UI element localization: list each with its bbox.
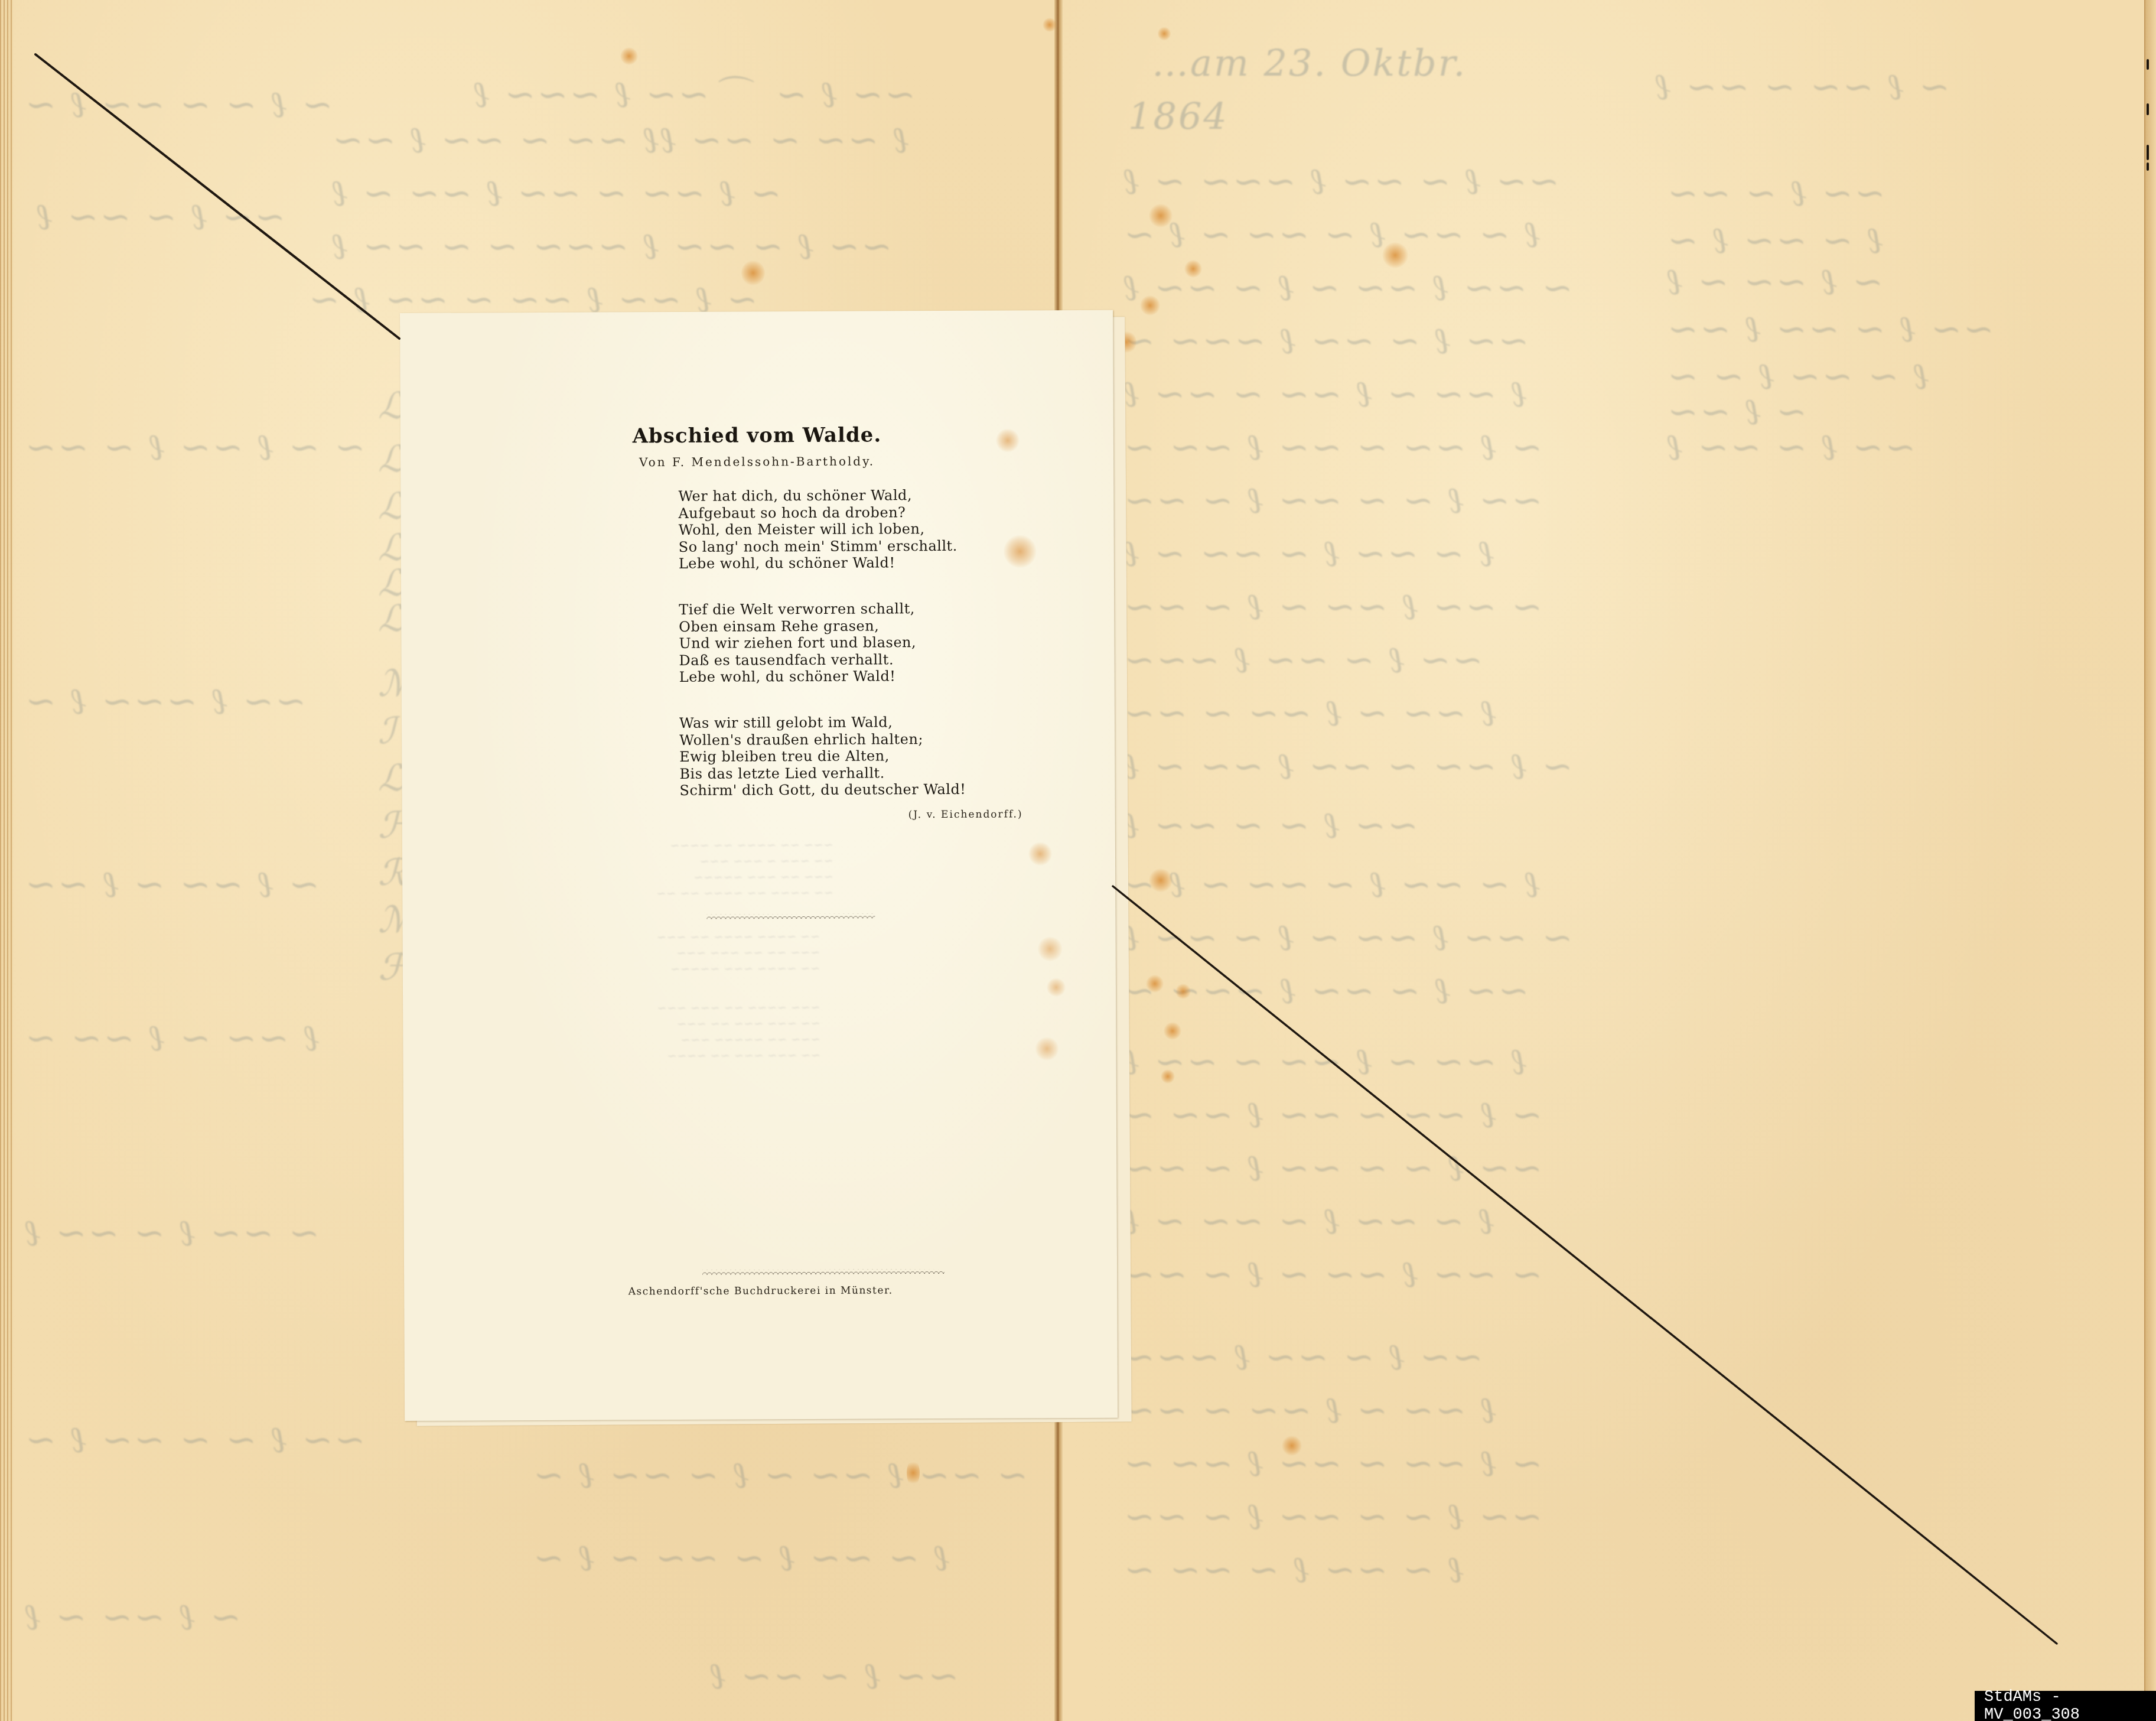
handwritten-line: ~~ ℓ ~ ~ ~~ ℓ ~ ~~: [1122, 1146, 1542, 1190]
ink-mark: [2147, 59, 2149, 70]
reverse-print-bleed: ~~~ ~~~~ ~~ ~~~ ~~~~~ ~~~ ~~~ ~~ ~~~~~~ …: [657, 1000, 820, 1064]
handwritten-line: ~ ℓ ~~ ~ ℓ: [1666, 260, 1883, 304]
stain: [1161, 1069, 1175, 1084]
stain: [620, 47, 638, 65]
printed-song-sheet: Abschied vom Walde. Von F. Mendelssohn-B…: [400, 310, 1118, 1421]
stanza-3: Was wir still gelobt im Wald, Wollen's d…: [679, 714, 966, 799]
handwritten-line: ~~ ℓ ~ ~~ ℓ ~~: [1666, 307, 1994, 351]
verse-line: Lebe wohl, du schöner Wald!: [679, 554, 958, 572]
handwritten-line: ℓ ~~ ~ ℓ ~~ ~ ~~: [1122, 1388, 1497, 1432]
stain: [1140, 295, 1160, 315]
poem-author: (J. v. Eichendorff.): [908, 808, 1023, 821]
handwritten-line: ℓ ~~ ~ ℓ ~~ ~ ~~: [1122, 691, 1497, 735]
verse-line: Schirm' dich Gott, du deutscher Wald!: [679, 781, 966, 799]
handwritten-line: ℓ ~~ ~ ℓ ~~ ~: [24, 1016, 320, 1060]
stain: [1175, 984, 1191, 999]
stain: [1035, 1037, 1059, 1060]
stain: [1038, 936, 1063, 961]
stanza-1: Wer hat dich, du schöner Wald, Aufgebaut…: [678, 487, 958, 572]
ink-mark: [2147, 162, 2149, 171]
verse-line: Wollen's draußen ehrlich halten;: [679, 730, 966, 749]
stanza-2: Tief die Welt verworren schallt, Oben ei…: [679, 600, 916, 685]
handwritten-line: ~~ ℓ ~ ~ ~~ ℓ: [1122, 803, 1418, 847]
verse-line: Tief die Welt verworren schallt,: [679, 600, 916, 618]
handwritten-line: ~~ ℓ ~ ~~ ℓ: [709, 1654, 959, 1698]
verse-line: Ewig bleiben treu die Alten,: [679, 747, 966, 766]
handwritten-line: ~ ℓ ~~ ~ ℓ ~~: [24, 863, 320, 906]
handwritten-line: ~ ℓ ~~ ~ ~~ ℓ ~~ ~ ℓ: [1122, 744, 1573, 788]
handwritten-line: ~~ ℓ ~ ~~ ℓ ~~~: [1122, 638, 1483, 682]
reverse-print-bleed: ~~ ~~~~ ~~~~ ~~ ~~~~~~ ~~ ~~ ~~~ ~~~~~ ~…: [657, 929, 820, 977]
handwritten-line: ℓ ~ ~~ ℓ ~ ~~ ~: [1122, 1548, 1464, 1592]
handwritten-line: ~ ~~ ℓ ~~ ~ ℓ ~ ~~ ℓ ~: [532, 1453, 1028, 1497]
right-page-edge: [2144, 0, 2156, 1721]
handwritten-line: ~ ~~ ℓ ~ ~~ ℓ: [24, 1211, 320, 1255]
poem-composer: Von F. Mendelssohn-Bartholdy.: [400, 453, 1113, 470]
handwritten-line: ~~ ℓ ~ ~ ~~ ℓ ~ ~~: [1122, 1495, 1542, 1538]
handwritten-line: ~~ ℓ ~ ~~ ℓ ~~~ ~ ℓ: [1122, 160, 1559, 203]
verse-line: Oben einsam Rehe grasen,: [679, 617, 916, 635]
verse-line: Lebe wohl, du schöner Wald!: [679, 668, 917, 685]
handwritten-line: ~ ℓ ~~ ~ ~~ ℓ: [1654, 65, 1950, 109]
verse-line: Aufgebaut so hoch da droben?: [678, 503, 957, 522]
reverse-print-bleed: ~~~ ~~ ~~~~ ~~ ~~~~~~ ~~~ ~ ~~~ ~~~~~~ ~…: [656, 837, 833, 902]
handwritten-line: ~ ~ ℓ ~~ ℓ ~ ~~: [24, 425, 366, 469]
stain: [1184, 260, 1202, 278]
handwritten-line: ~~ ℓ ~ ~~: [1666, 171, 1885, 215]
page-edge-stack: [0, 0, 13, 1721]
handwritten-line: ℓ ~ ~~ ℓ ~ ~~ ~ ℓ ~: [1122, 863, 1541, 906]
stain: [1282, 1436, 1302, 1456]
handwritten-line: ~ ℓ ~ ~ ~~ ℓ ~: [24, 83, 333, 126]
verse-line: So lang' noch mein' Stimm' erschallt.: [679, 537, 958, 555]
handwritten-line: ℓ ~ ~~ ℓ ~: [1666, 219, 1883, 262]
stain: [1146, 975, 1164, 993]
archive-reference-label: StdAMs - MV_003_308: [1975, 1691, 2156, 1721]
handwritten-line: ~ ~~ ℓ ~~ ~ ℓ ~ ~~: [1122, 585, 1542, 629]
handwritten-line: ℓ ~ ~~ ℓ ~ ~~ ~ ℓ: [1122, 1199, 1494, 1243]
handwritten-line: ~~ ℓ ~~~ ℓ ~: [24, 679, 306, 723]
handwritten-line: ~ ℓ ~~ ~ ~~ ℓ ~~ ~ ℓ: [331, 171, 781, 215]
verse-line: Daß es tausendfach verhallt.: [679, 651, 917, 669]
verse-line: Bis das letzte Lied verhallt.: [679, 764, 966, 782]
stain: [1004, 535, 1037, 568]
handwritten-line: ~ ~~ ℓ ~~ ~ ℓ ~ ~~ ℓ: [1122, 916, 1573, 959]
handwritten-heading: …am 23. Oktbr.: [1152, 41, 1467, 84]
handwritten-line: ~~ ℓ ~ ~~ ℓ: [35, 195, 285, 239]
handwritten-line: ~ ℓ ~~ ~ ℓ: [24, 1595, 241, 1639]
handwritten-line: ℓ ~~ ~ ℓ ~~ ~ ~~ ℓ: [1122, 372, 1527, 416]
section-divider: [706, 913, 875, 919]
stain: [1382, 242, 1408, 268]
handwritten-line: ~ ~~ ℓ ~~ ~ ℓ ~ ~~: [1122, 1252, 1542, 1296]
stain: [907, 1459, 920, 1486]
handwritten-line: ~~ ℓ ~ ~ ~~ ℓ ~: [24, 1418, 366, 1462]
handwritten-line: ~ ℓ ~~ ~ ~~ ℓ ~~ ~: [1122, 1442, 1542, 1485]
handwritten-line: ℓ ~ ~~ ℓ ~ ~~ ~ ℓ: [1122, 532, 1494, 575]
stain: [1028, 842, 1052, 866]
poem-title: Abschied vom Walde.: [400, 422, 1113, 449]
handwritten-line: ℓ ~~ ~ ℓ ~~ ~ ~~ ℓ: [1122, 1040, 1527, 1084]
handwritten-line: ~~ ℓ ~ ~~ ℓ ~~~ ~ ~ ~~ ℓ: [331, 225, 892, 268]
handwritten-year: 1864: [1128, 95, 1229, 138]
handwritten-line: ~ ℓ ~~ ~ ~~ ℓ ~~ ~: [1122, 1093, 1542, 1137]
stain: [741, 260, 765, 286]
handwritten-line: ~~ ℓ ~ ⌒ ~~ ℓ ~~~ ℓ: [473, 65, 916, 118]
handwritten-line: ~~ ℓ ~ ~~ ℓ ~~~ ~: [1122, 319, 1529, 363]
stain: [1047, 978, 1066, 997]
ink-mark: [2147, 103, 2149, 115]
printer-imprint: Aschendorff'sche Buchdruckerei in Münste…: [404, 1284, 1117, 1299]
handwritten-line: ~ ℓ ~~ ~ ~~ ℓ ~~ ~: [1122, 425, 1542, 469]
ink-mark: [2147, 145, 2149, 160]
handwritten-line: ~~ ℓ ~ ~~ ℓ: [1666, 425, 1916, 469]
printer-divider: [702, 1269, 945, 1275]
stain: [1158, 27, 1171, 41]
stain: [1149, 204, 1173, 227]
verse-line: Wer hat dich, du schöner Wald,: [678, 487, 957, 505]
handwritten-line: ~~ ℓ ~ ~~ ℓ ~~~: [1122, 1335, 1483, 1379]
stain: [1043, 18, 1057, 32]
handwritten-line: ℓ ~~ ~ ~~ ℓℓ ~~ ~ ~~ ℓ ~~: [331, 118, 909, 162]
stain: [1164, 1022, 1181, 1040]
handwritten-line: ℓ ~ ~~ ℓ ~ ~~ ~ ℓ ~: [532, 1536, 950, 1580]
verse-line: Und wir ziehen fort und blasen,: [679, 634, 916, 652]
verse-line: Wohl, den Meister will ich loben,: [679, 520, 958, 539]
stain: [1149, 868, 1173, 892]
handwritten-line: ℓ ~ ~~ ℓ ~ ~~ ~ ℓ ~: [1122, 213, 1541, 256]
verse-line: Was wir still gelobt im Wald,: [679, 714, 966, 732]
handwritten-line: ~~ ℓ ~ ~ ~~ ℓ ~ ~~: [1122, 479, 1542, 522]
